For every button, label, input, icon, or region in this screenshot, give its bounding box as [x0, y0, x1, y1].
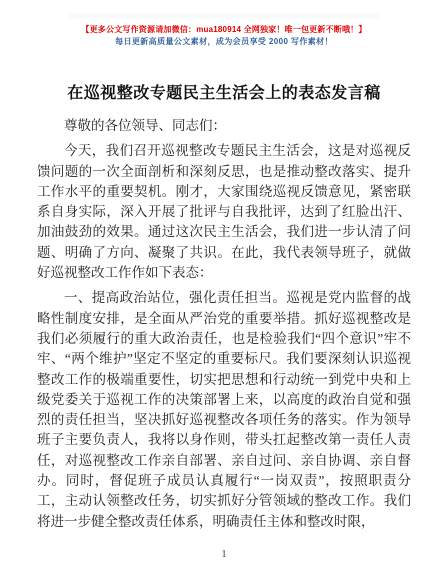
document-page: 【更多公文写作资源请加微信：mua180914 全网独家！唯一包更新不断哦！】 …: [0, 0, 448, 580]
document-body: 尊敬的各位领导、同志们： 今天，我们召开巡视整改专题民主生活会，这是对巡视反馈问…: [37, 116, 411, 532]
body-paragraph-intro: 今天，我们召开巡视整改专题民主生活会，这是对巡视反馈问题的一次全面剖析和深刻反思…: [37, 141, 411, 283]
salutation-paragraph: 尊敬的各位领导、同志们：: [37, 116, 411, 136]
promo-line-blue: 每日更新高质量公文素材，成为会员享受 2000 写作素材！: [37, 36, 411, 48]
promo-header: 【更多公文写作资源请加微信：mua180914 全网独家！唯一包更新不断哦！】 …: [37, 24, 411, 48]
promo-line-red: 【更多公文写作资源请加微信：mua180914 全网独家！唯一包更新不断哦！】: [37, 24, 411, 36]
page-number: 1: [0, 549, 448, 560]
body-paragraph-section-one: 一、提高政治站位，强化责任担当。巡视是党内监督的战略性制度安排，是全面从严治党的…: [37, 288, 411, 532]
document-title: 在巡视整改专题民主生活会上的表态发言稿: [37, 84, 411, 104]
faint-print-artifact: [67, 12, 381, 20]
